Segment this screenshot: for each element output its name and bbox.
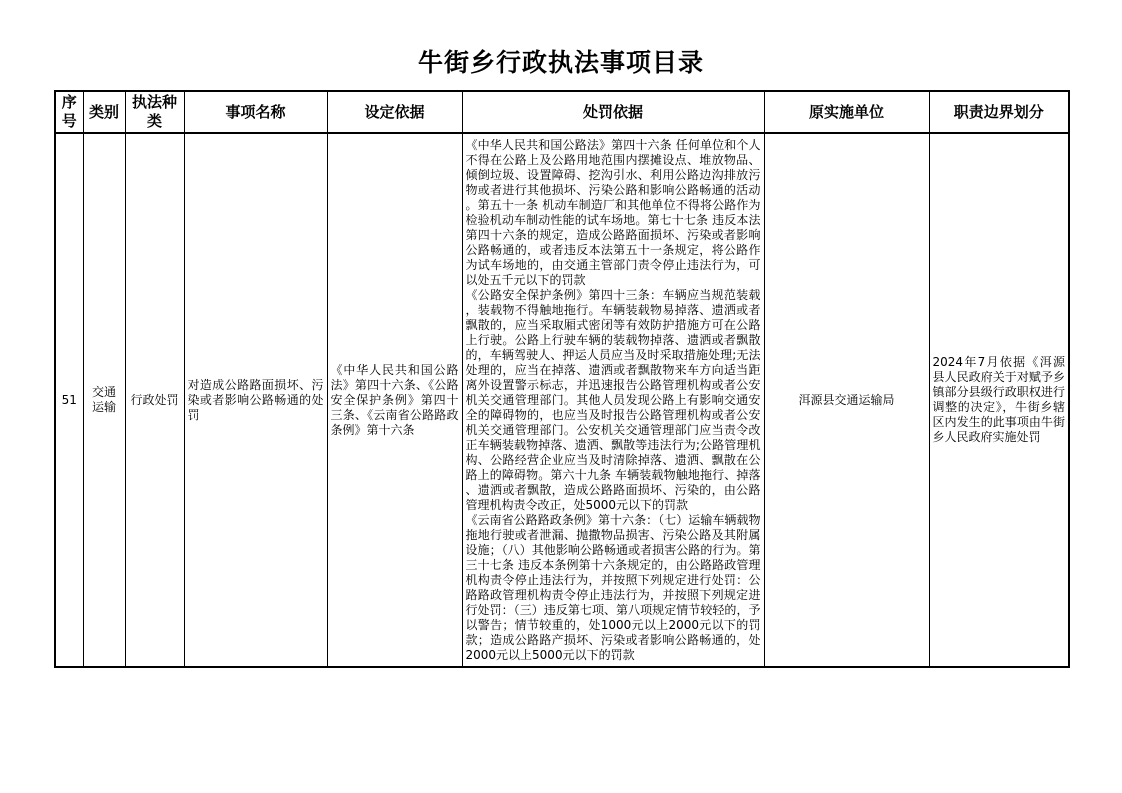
cell-enforcement-type: 行政处罚 <box>125 133 184 667</box>
cell-original-unit: 洱源县交通运输局 <box>764 133 929 667</box>
table-row: 51 交通运输 行政处罚 对造成公路路面损坏、污染或者影响公路畅通的处罚 《中华… <box>55 133 1069 667</box>
cell-responsibility-boundary: 2024年7月依据《洱源县人民政府关于对赋予乡镇部分县级行政职权进行调整的决定》… <box>929 133 1069 667</box>
col-header-category: 类别 <box>83 91 125 133</box>
cell-category: 交通运输 <box>83 133 125 667</box>
table-header-row: 序号 类别 执法种类 事项名称 设定依据 处罚依据 原实施单位 职责边界划分 <box>55 91 1069 133</box>
punishment-basis-paragraph-1: 《中华人民共和国公路法》第四十六条 任何单位和个人不得在公路上及公路用地范围内摆… <box>466 138 761 288</box>
col-header-item-name: 事项名称 <box>184 91 327 133</box>
col-header-punishment-basis: 处罚依据 <box>462 91 764 133</box>
col-header-responsibility-boundary: 职责边界划分 <box>929 91 1069 133</box>
document-page: 牛街乡行政执法事项目录 序号 类别 执法种类 事项名称 设定依据 处罚依据 原实… <box>0 0 1122 793</box>
enforcement-items-table: 序号 类别 执法种类 事项名称 设定依据 处罚依据 原实施单位 职责边界划分 5… <box>54 90 1070 668</box>
col-header-original-unit: 原实施单位 <box>764 91 929 133</box>
punishment-basis-paragraph-2: 《公路安全保护条例》第四十三条：车辆应当规范装载，装载物不得触地拖行。车辆装载物… <box>466 288 761 513</box>
cell-item-name: 对造成公路路面损坏、污染或者影响公路畅通的处罚 <box>184 133 327 667</box>
cell-setting-basis: 《中华人民共和国公路法》第四十六条、《公路安全保护条例》第四十三条、《云南省公路… <box>327 133 462 667</box>
cell-punishment-basis: 《中华人民共和国公路法》第四十六条 任何单位和个人不得在公路上及公路用地范围内摆… <box>462 133 764 667</box>
page-title: 牛街乡行政执法事项目录 <box>0 47 1122 79</box>
col-header-setting-basis: 设定依据 <box>327 91 462 133</box>
punishment-basis-paragraph-3: 《云南省公路路政条例》第十六条：（七）运输车辆载物拖地行驶或者泄漏、抛撒物品损害… <box>466 513 761 663</box>
cell-seq: 51 <box>55 133 83 667</box>
col-header-seq: 序号 <box>55 91 83 133</box>
col-header-enforcement-type: 执法种类 <box>125 91 184 133</box>
